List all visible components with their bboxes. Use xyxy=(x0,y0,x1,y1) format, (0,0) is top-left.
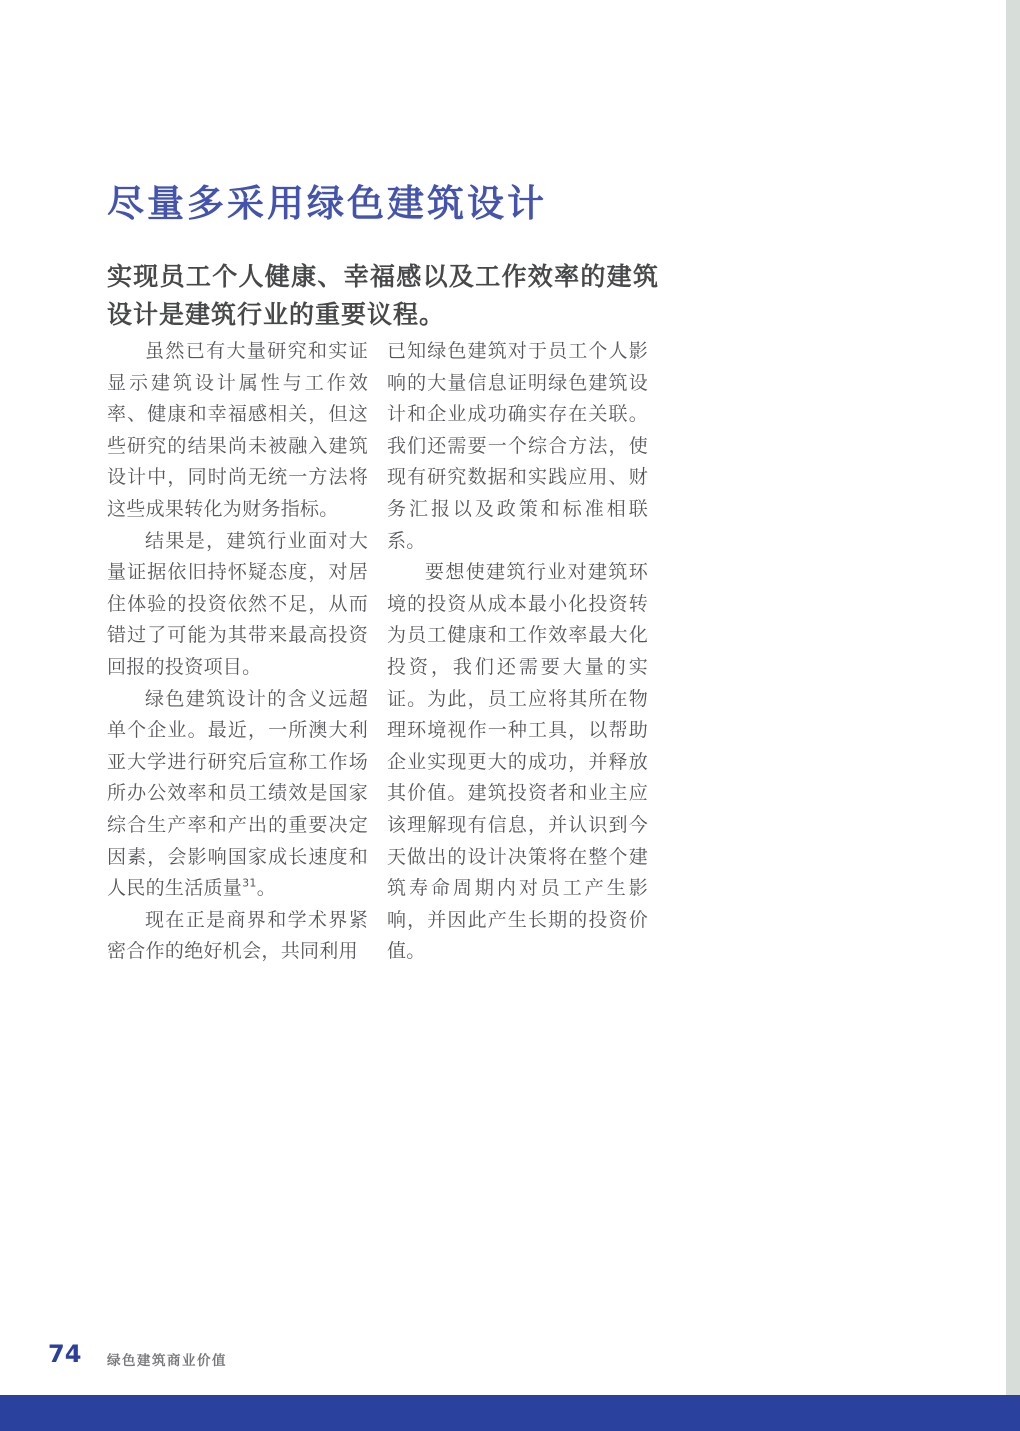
paragraph-text: 。 xyxy=(257,877,276,899)
body-column-right: 已知绿色建筑对于员工个人影响的大量信息证明绿色建筑设计和企业成功确实存在关联。我… xyxy=(387,336,648,968)
body-column-left: 虽然已有大量研究和实证显示建筑设计属性与工作效率、健康和幸福感相关，但这些研究的… xyxy=(107,336,368,968)
page-title: 尽量多采用绿色建筑设计 xyxy=(107,173,547,227)
paragraph: 现在正是商界和学术界紧密合作的绝好机会，共同利用 xyxy=(107,905,368,968)
paragraph: 已知绿色建筑对于员工个人影响的大量信息证明绿色建筑设计和企业成功确实存在关联。我… xyxy=(387,336,648,557)
page-edge-strip xyxy=(1006,0,1020,1395)
paragraph: 绿色建筑设计的含义远超单个企业。最近，一所澳大利亚大学进行研究后宣称工作场所办公… xyxy=(107,684,368,905)
booklet-title: 绿色建筑商业价值 xyxy=(107,1349,227,1369)
lede-statement: 实现员工个人健康、幸福感以及工作效率的建筑设计是建筑行业的重要议程。 xyxy=(107,258,659,334)
body-columns: 虽然已有大量研究和实证显示建筑设计属性与工作效率、健康和幸福感相关，但这些研究的… xyxy=(107,336,648,968)
paragraph: 要想使建筑行业对建筑环境的投资从成本最小化投资转为员工健康和工作效率最大化投资，… xyxy=(387,557,648,968)
paragraph: 结果是，建筑行业面对大量证据依旧持怀疑态度，对居住体验的投资依然不足，从而错过了… xyxy=(107,526,368,684)
bottom-color-bar xyxy=(0,1395,1020,1431)
paragraph: 虽然已有大量研究和实证显示建筑设计属性与工作效率、健康和幸福感相关，但这些研究的… xyxy=(107,336,368,526)
footnote-reference: 31 xyxy=(242,877,257,890)
paragraph-text: 绿色建筑设计的含义远超单个企业。最近，一所澳大利亚大学进行研究后宣称工作场所办公… xyxy=(107,688,368,900)
page-number: 74 xyxy=(48,1340,81,1368)
